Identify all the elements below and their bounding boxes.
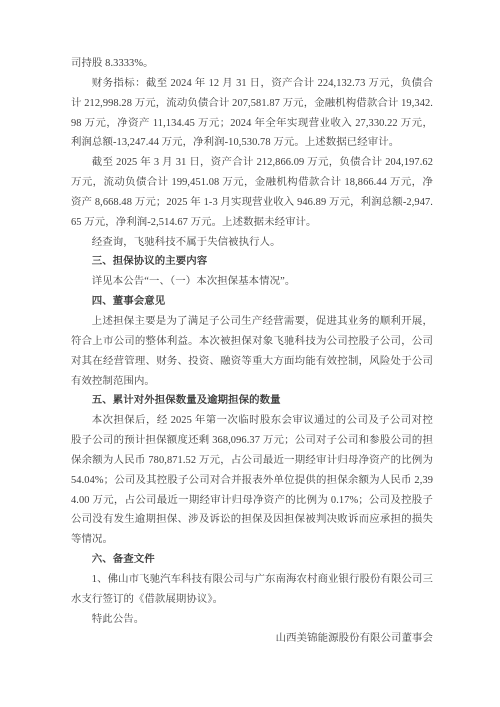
section-heading: 四、董事会意见 bbox=[71, 292, 433, 312]
paragraph: 本次担保后，经 2025 年第一次临时股东会审议通过的公司及子公司对控股子公司的… bbox=[71, 411, 433, 550]
signature-line: 山西美锦能源股份有限公司董事会 bbox=[71, 629, 433, 649]
paragraph: 财务指标：截至 2024 年 12 月 31 日，资产合计 224,132.73… bbox=[71, 74, 433, 153]
paragraph: 司持股 8.3333%。 bbox=[71, 54, 433, 74]
paragraph: 上述担保主要是为了满足子公司生产经营需要，促进其业务的顺利开展，符合上市公司的整… bbox=[71, 312, 433, 391]
section-heading: 五、累计对外担保数量及逾期担保的数量 bbox=[71, 391, 433, 411]
section-heading: 三、担保协议的主要内容 bbox=[71, 252, 433, 272]
paragraph: 经查询，飞驰科技不属于失信被执行人。 bbox=[71, 233, 433, 253]
paragraph: 特此公告。 bbox=[71, 610, 433, 630]
section-heading: 六、备查文件 bbox=[71, 550, 433, 570]
paragraph: 详见本公告“一、（一）本次担保基本情况”。 bbox=[71, 272, 433, 292]
paragraph: 截至 2025 年 3 月 31 日，资产合计 212,866.09 万元，负债… bbox=[71, 153, 433, 232]
announcement-page: 司持股 8.3333%。财务指标：截至 2024 年 12 月 31 日，资产合… bbox=[0, 0, 500, 707]
document-body: 司持股 8.3333%。财务指标：截至 2024 年 12 月 31 日，资产合… bbox=[71, 54, 433, 649]
paragraph: 1、佛山市飞驰汽车科技有限公司与广东南海农村商业银行股份有限公司三水支行签订的《… bbox=[71, 570, 433, 610]
